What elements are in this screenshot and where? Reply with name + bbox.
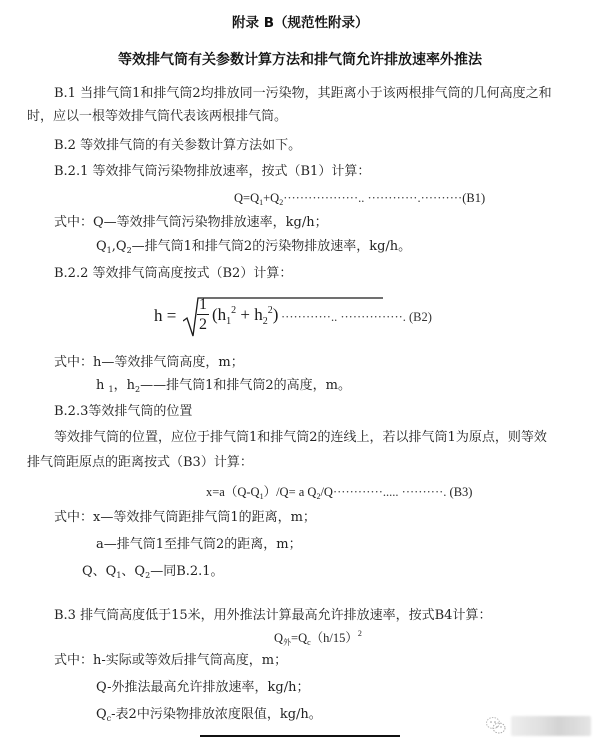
b22-where-h: h (96, 378, 109, 393)
watermark-blurred-text (511, 716, 591, 736)
formula-b2-lhs: h = (154, 306, 176, 326)
b3-where-line-2: Q-外推法最高允许排放速率，kg/h； (96, 679, 309, 697)
formula-b3-label: (B3) (450, 485, 473, 499)
formula-b4-lhs-sub: 外 (283, 638, 291, 647)
formula-b1-dots: ··················.. ············.······… (283, 191, 462, 205)
formula-b2-sub2: 2 (263, 316, 268, 327)
b21-where-mid: ,Q (112, 239, 127, 254)
b21-where-q: Q (96, 239, 107, 254)
b22-where-text: ——排气筒1和排气筒2的高度，m。 (140, 378, 351, 393)
formula-b3-part1: x=a（Q-Q (206, 485, 260, 499)
formula-b3-part2: ）/Q= a Q (264, 485, 317, 499)
formula-b1-plus: +Q (263, 191, 279, 205)
b23-para-line-1: 等效排气筒的位置，应位于排气筒1和排气筒2的连线上，若以排气筒1为原点，则等效 (54, 429, 547, 447)
formula-b2-fraction: 1 2 (196, 295, 210, 334)
formula-b2-label: (B2) (409, 310, 432, 324)
formula-b2-sub1: 1 (226, 316, 231, 327)
formula-b1-label: (B1) (462, 191, 485, 205)
formula-b4-rest: （h/15） (311, 631, 358, 645)
formula-b2-close: ) (273, 305, 279, 324)
b2-heading: B.2 等效排气筒的有关参数计算方法如下。 (54, 137, 301, 155)
b22-where-mid: ，h (114, 378, 135, 393)
b1-line-1: B.1 当排气筒1和排气筒2均排放同一污染物，其距离小于该两根排气筒的几何高度之… (54, 85, 552, 103)
b23-heading: B.2.3等效排气筒的位置 (54, 403, 192, 421)
formula-b3: x=a（Q-Q1）/Q= a Q2/Q············..... ···… (206, 483, 472, 506)
b22-heading: B.2.2 等效排气筒高度按式（B2）计算： (54, 265, 292, 283)
fraction-denominator: 2 (199, 316, 207, 333)
formula-b2-h2: + h (236, 305, 263, 324)
formula-b2-dots: ············.. ···············. (281, 310, 406, 324)
b21-where-line-1: 式中：Q—等效排气筒污染物排放速率，kg/h； (54, 214, 328, 232)
fraction-bar (197, 314, 209, 315)
document-page: 附录 B（规范性附录） 等效排气筒有关参数计算方法和排气筒允许排放速率外推法 B… (0, 0, 605, 751)
b3-where-q: Q (96, 707, 107, 722)
b21-heading: B.2.1 等效排气筒污染物排放速率，按式（B1）计算： (54, 163, 370, 181)
b1-line-2: 时，应以一根等效排气筒代表该两根排气筒。 (27, 108, 287, 126)
formula-b4-lhs: Q (274, 631, 283, 645)
b21-where-text: —排气筒1和排气筒2的污染物排放速率，kg/h。 (132, 239, 412, 254)
b23-where-mid: 、Q (121, 564, 145, 579)
b23-where-line-3: Q、Q1、Q2—同B.2.1。 (82, 563, 224, 585)
formula-b3-part3: /Q (320, 485, 333, 499)
b23-where-line-1: 式中：x—等效排气筒距排气筒1的距离，m； (54, 509, 316, 527)
formula-b2-expression: (h12 + h22) (212, 305, 278, 327)
formula-b3-dots: ············..... ··········. (333, 485, 446, 499)
b3-where-line-1: 式中：h-实际或等效后排气筒高度，m； (54, 652, 287, 670)
b3-where-line-3: Qc-表2中污染物排放浓度限值，kg/h。 (96, 706, 322, 728)
wechat-icon (485, 715, 507, 737)
b23-where-q: Q、Q (82, 564, 116, 579)
b23-para-line-2: 排气筒距原点的距离按式（B3）计算： (27, 454, 253, 472)
b21-where-line-2: Q1,Q2—排气筒1和排气筒2的污染物排放速率，kg/h。 (96, 238, 411, 260)
fraction-numerator: 1 (199, 296, 207, 313)
formula-b4-sup: 2 (358, 629, 362, 638)
bottom-divider (200, 735, 400, 737)
b22-where-line-2: h 1，h2——排气筒1和排气筒2的高度，m。 (96, 377, 351, 399)
b23-where-line-2: a—排气筒1至排气筒2的距离，m； (96, 536, 302, 554)
formula-b4-eq: =Q (291, 631, 307, 645)
b22-where-line-1: 式中：h—等效排气筒高度，m； (54, 354, 244, 372)
formula-b1: Q=Q1+Q2··················.. ············… (234, 189, 485, 212)
watermark (483, 712, 598, 742)
b3-heading: B.3 排气筒高度低于15米，用外推法计算最高允许排放速率，按式B4计算： (54, 607, 491, 625)
formula-b2-h1: (h (212, 305, 226, 324)
appendix-title: 附录 B（规范性附录） (232, 14, 369, 32)
formula-b1-lhs: Q=Q (234, 191, 259, 205)
b3-where-text: -表2中污染物排放浓度限值，kg/h。 (111, 707, 322, 722)
formula-b4: Q外=Qc（h/15）2 (274, 625, 362, 652)
formula-b2-tail: ············.. ···············. (B2) (281, 310, 432, 325)
b23-where-text: —同B.2.1。 (150, 564, 223, 579)
main-title: 等效排气筒有关参数计算方法和排气筒允许排放速率外推法 (118, 51, 482, 69)
